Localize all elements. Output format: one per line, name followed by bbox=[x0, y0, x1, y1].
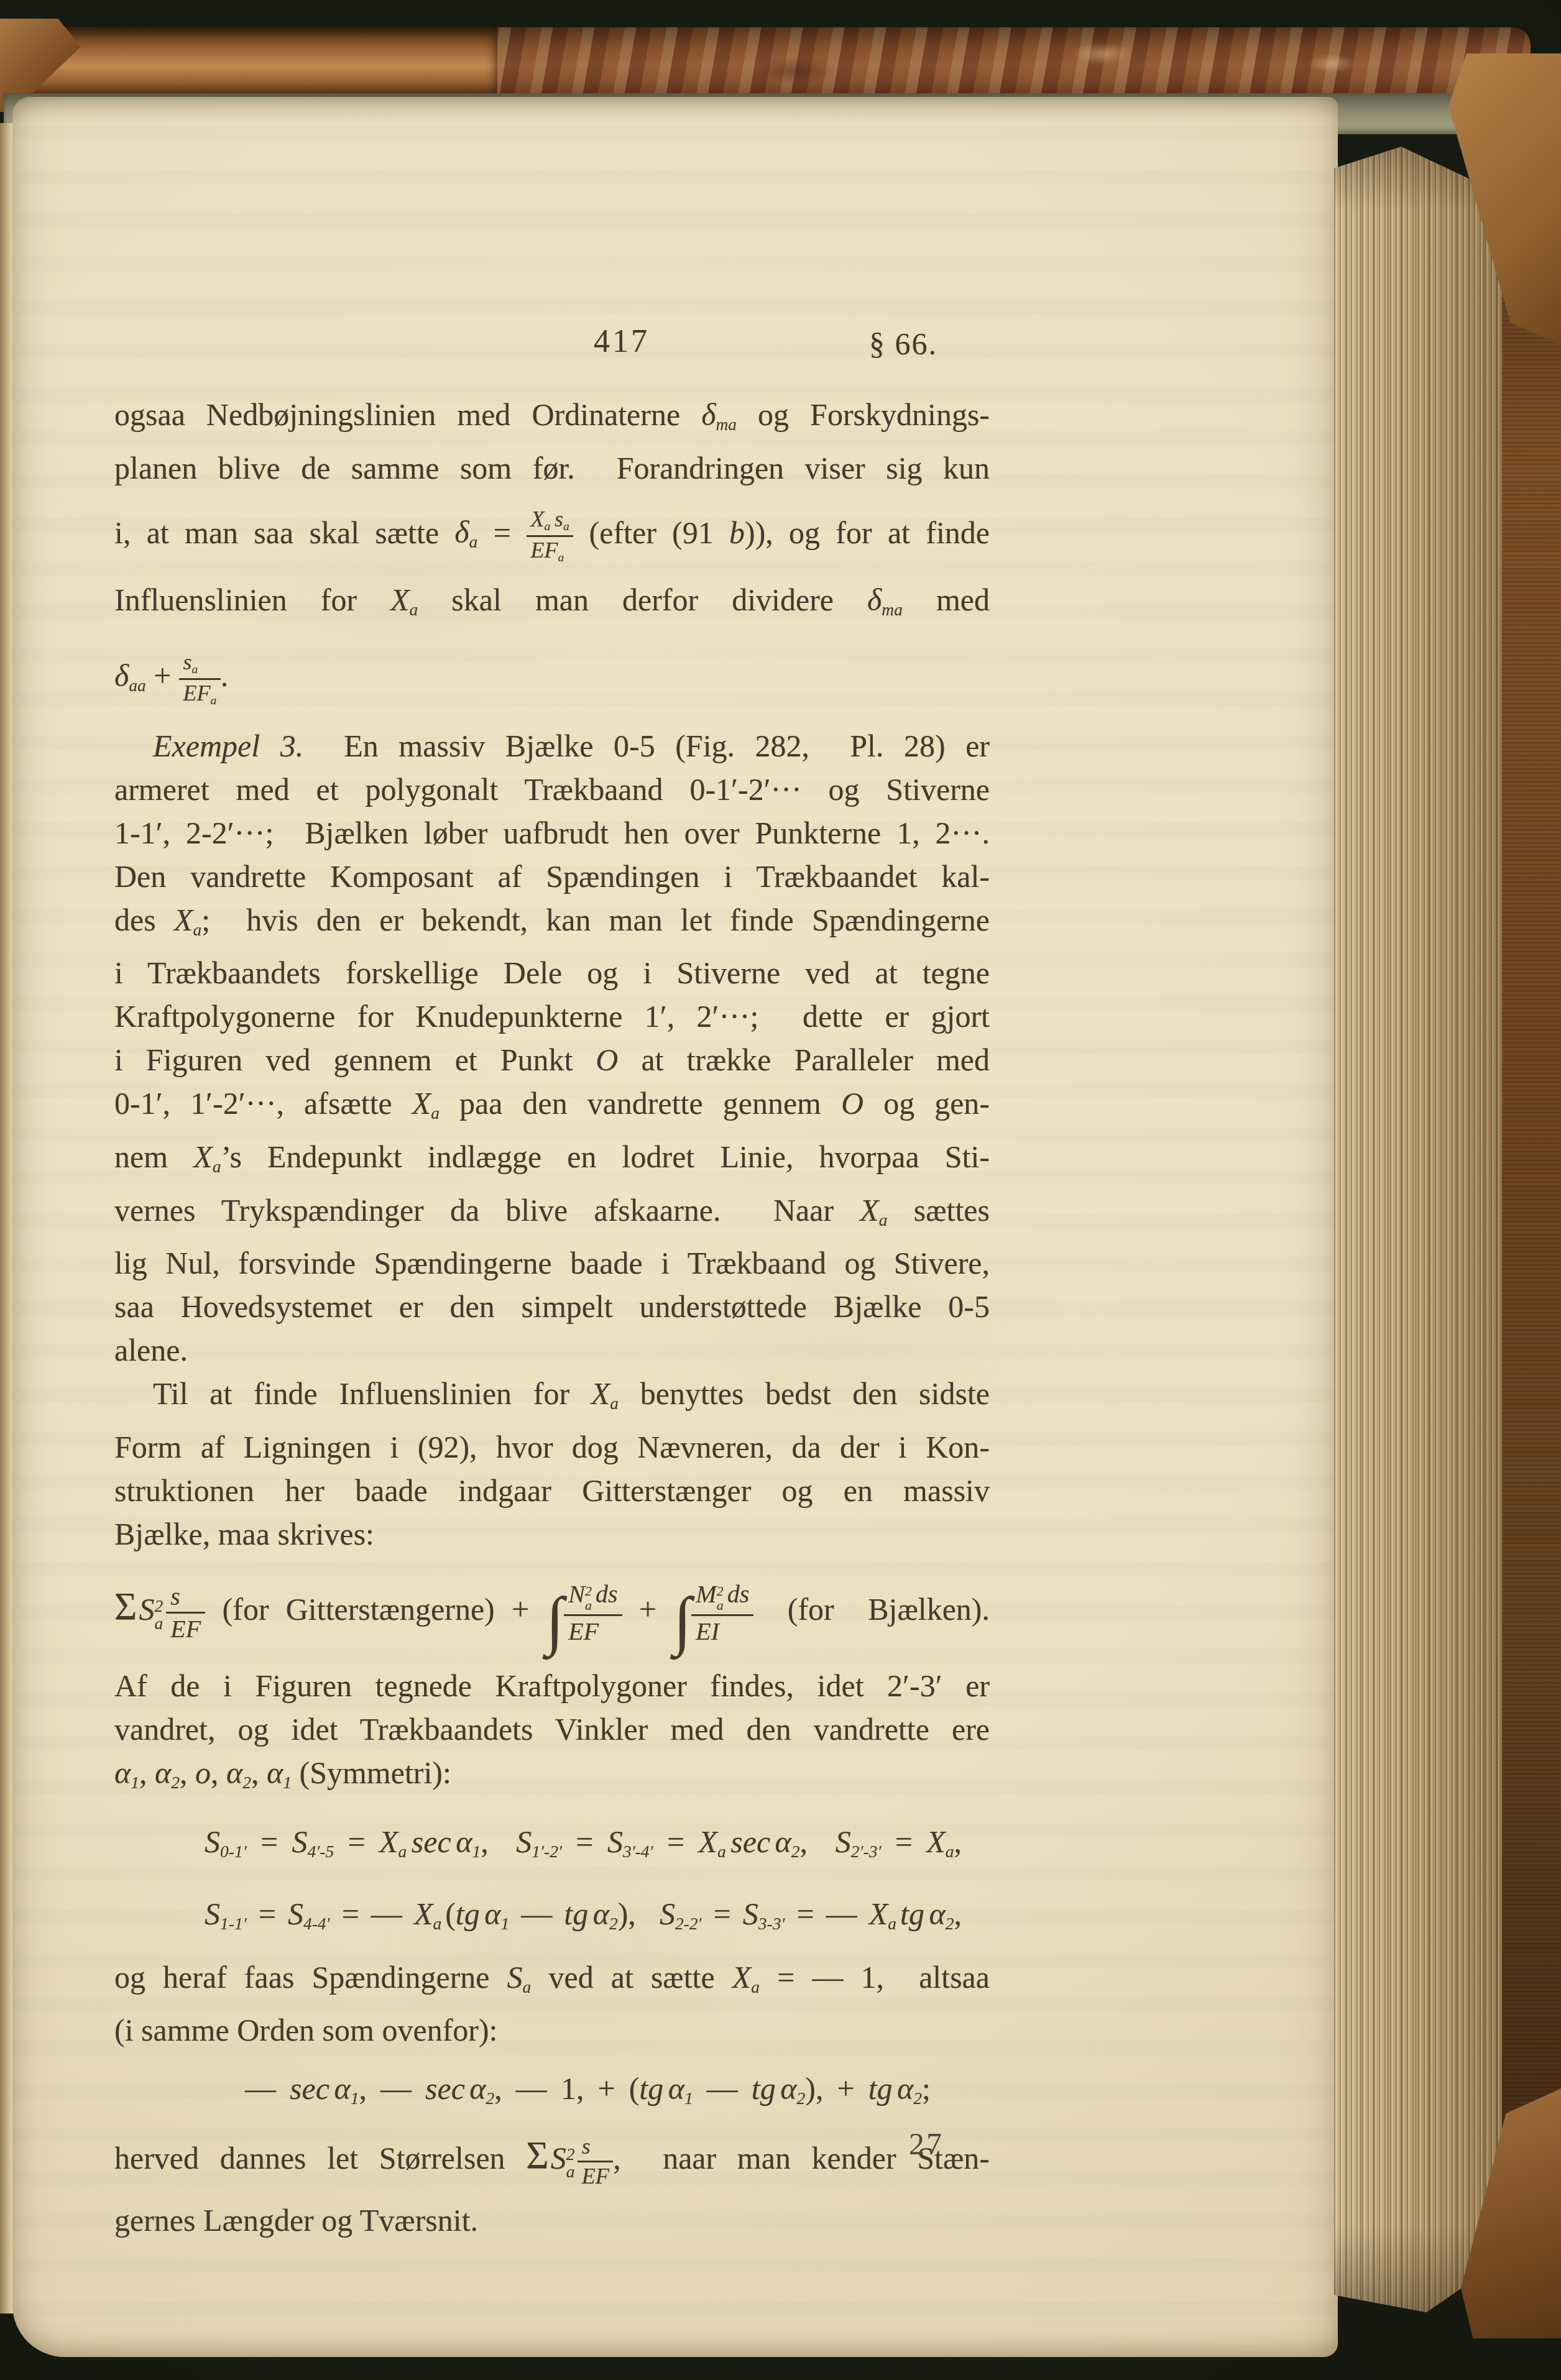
text-line: struktionen her baade indgaar Gitterstæn… bbox=[114, 1469, 990, 1512]
underlying-page-edge bbox=[0, 123, 14, 2313]
back-cover-edge bbox=[1494, 55, 1561, 2327]
text-line: (i samme Orden som ovenfor): bbox=[114, 2008, 990, 2052]
text-line: δaa + saEFa. bbox=[114, 650, 990, 708]
text-line: ΣS2asEF (for Gitterstængerne) + ∫N2adsEF… bbox=[114, 1581, 990, 1645]
page-number: 417 bbox=[553, 323, 690, 360]
text-line: α1, α2, o, α2, α1 (Symmetri): bbox=[114, 1751, 990, 1804]
text-line: vernes Trykspændinger da blive afskaarne… bbox=[114, 1188, 990, 1242]
page-text: ogsaa Nedbøjningslinien med Ordinaterne … bbox=[114, 393, 990, 2242]
text-line: — secα1, — secα2, — 1, + (tgα1 — tgα2), … bbox=[114, 2067, 990, 2120]
text-line: nem Xa’s Endepunkt indlægge en lodret Li… bbox=[114, 1135, 990, 1188]
text-line: og heraf faas Spændingerne Sa ved at sæt… bbox=[114, 1955, 990, 2009]
text-line: planen blive de samme som før. Forandrin… bbox=[114, 446, 990, 490]
book-photo: 417 § 66. ogsaa Nedbøjningslinien med Or… bbox=[0, 0, 1561, 2380]
text-line: i Trækbaandets forskellige Dele og i Sti… bbox=[114, 951, 990, 995]
text-line: Form af Ligningen i (92), hvor dog Nævne… bbox=[114, 1425, 990, 1469]
book-spine-top-edge bbox=[0, 27, 497, 97]
text-line: S1-1′ = S4-4′ = — Xa(tgα1 — tgα2), S2-2′… bbox=[114, 1892, 990, 1946]
text-line: alene. bbox=[114, 1328, 990, 1372]
text-line: des Xa; hvis den er bekendt, kan man let… bbox=[114, 898, 990, 952]
text-line: ogsaa Nedbøjningslinien med Ordinaterne … bbox=[114, 393, 990, 446]
text-line: Bjælke, maa skrives: bbox=[114, 1512, 990, 1556]
text-line: armeret med et polygonalt Trækbaand 0-1′… bbox=[114, 768, 990, 811]
text-line: vandret, og idet Trækbaandets Vinkler me… bbox=[114, 1707, 990, 1751]
text-line: herved dannes let Størrelsen ΣS2asEF, na… bbox=[114, 2134, 990, 2189]
fore-edge-page-stack bbox=[1334, 147, 1502, 2312]
text-line: saa Hovedsystemet er den simpelt underst… bbox=[114, 1285, 990, 1328]
text-line: Af de i Figuren tegnede Kraftpolygoner f… bbox=[114, 1664, 990, 1707]
text-line: Influenslinien for Xa skal man derfor di… bbox=[114, 578, 990, 632]
text-line: 1-1′, 2-2′···; Bjælken løber uafbrudt he… bbox=[114, 811, 990, 855]
text-line: Den vandrette Komposant af Spændingen i … bbox=[114, 855, 990, 898]
text-line: i Figuren ved gennem et Punkt O at trækk… bbox=[114, 1038, 990, 1082]
text-line: lig Nul, forsvinde Spændingerne baade i … bbox=[114, 1241, 990, 1285]
text-line: Kraftpolygonerne for Knudepunkterne 1′, … bbox=[114, 995, 990, 1038]
text-line: i, at man saa skal sætte δa = XasaEFa (e… bbox=[114, 507, 990, 565]
text-line: S0-1′ = S4′-5 = Xasecα1, S1′-2′ = S3′-4′… bbox=[114, 1820, 990, 1873]
text-line: gernes Længder og Tværsnit. bbox=[114, 2199, 990, 2242]
text-line: Til at finde Influenslinien for Xa benyt… bbox=[114, 1372, 990, 1425]
text-line: Exempel 3. En massiv Bjælke 0-5 (Fig. 28… bbox=[114, 724, 990, 768]
section-mark: § 66. bbox=[869, 326, 937, 362]
text-line: 0-1′, 1′-2′···, afsætte Xa paa den vandr… bbox=[114, 1082, 990, 1135]
signature-mark: 27 bbox=[909, 2126, 944, 2162]
